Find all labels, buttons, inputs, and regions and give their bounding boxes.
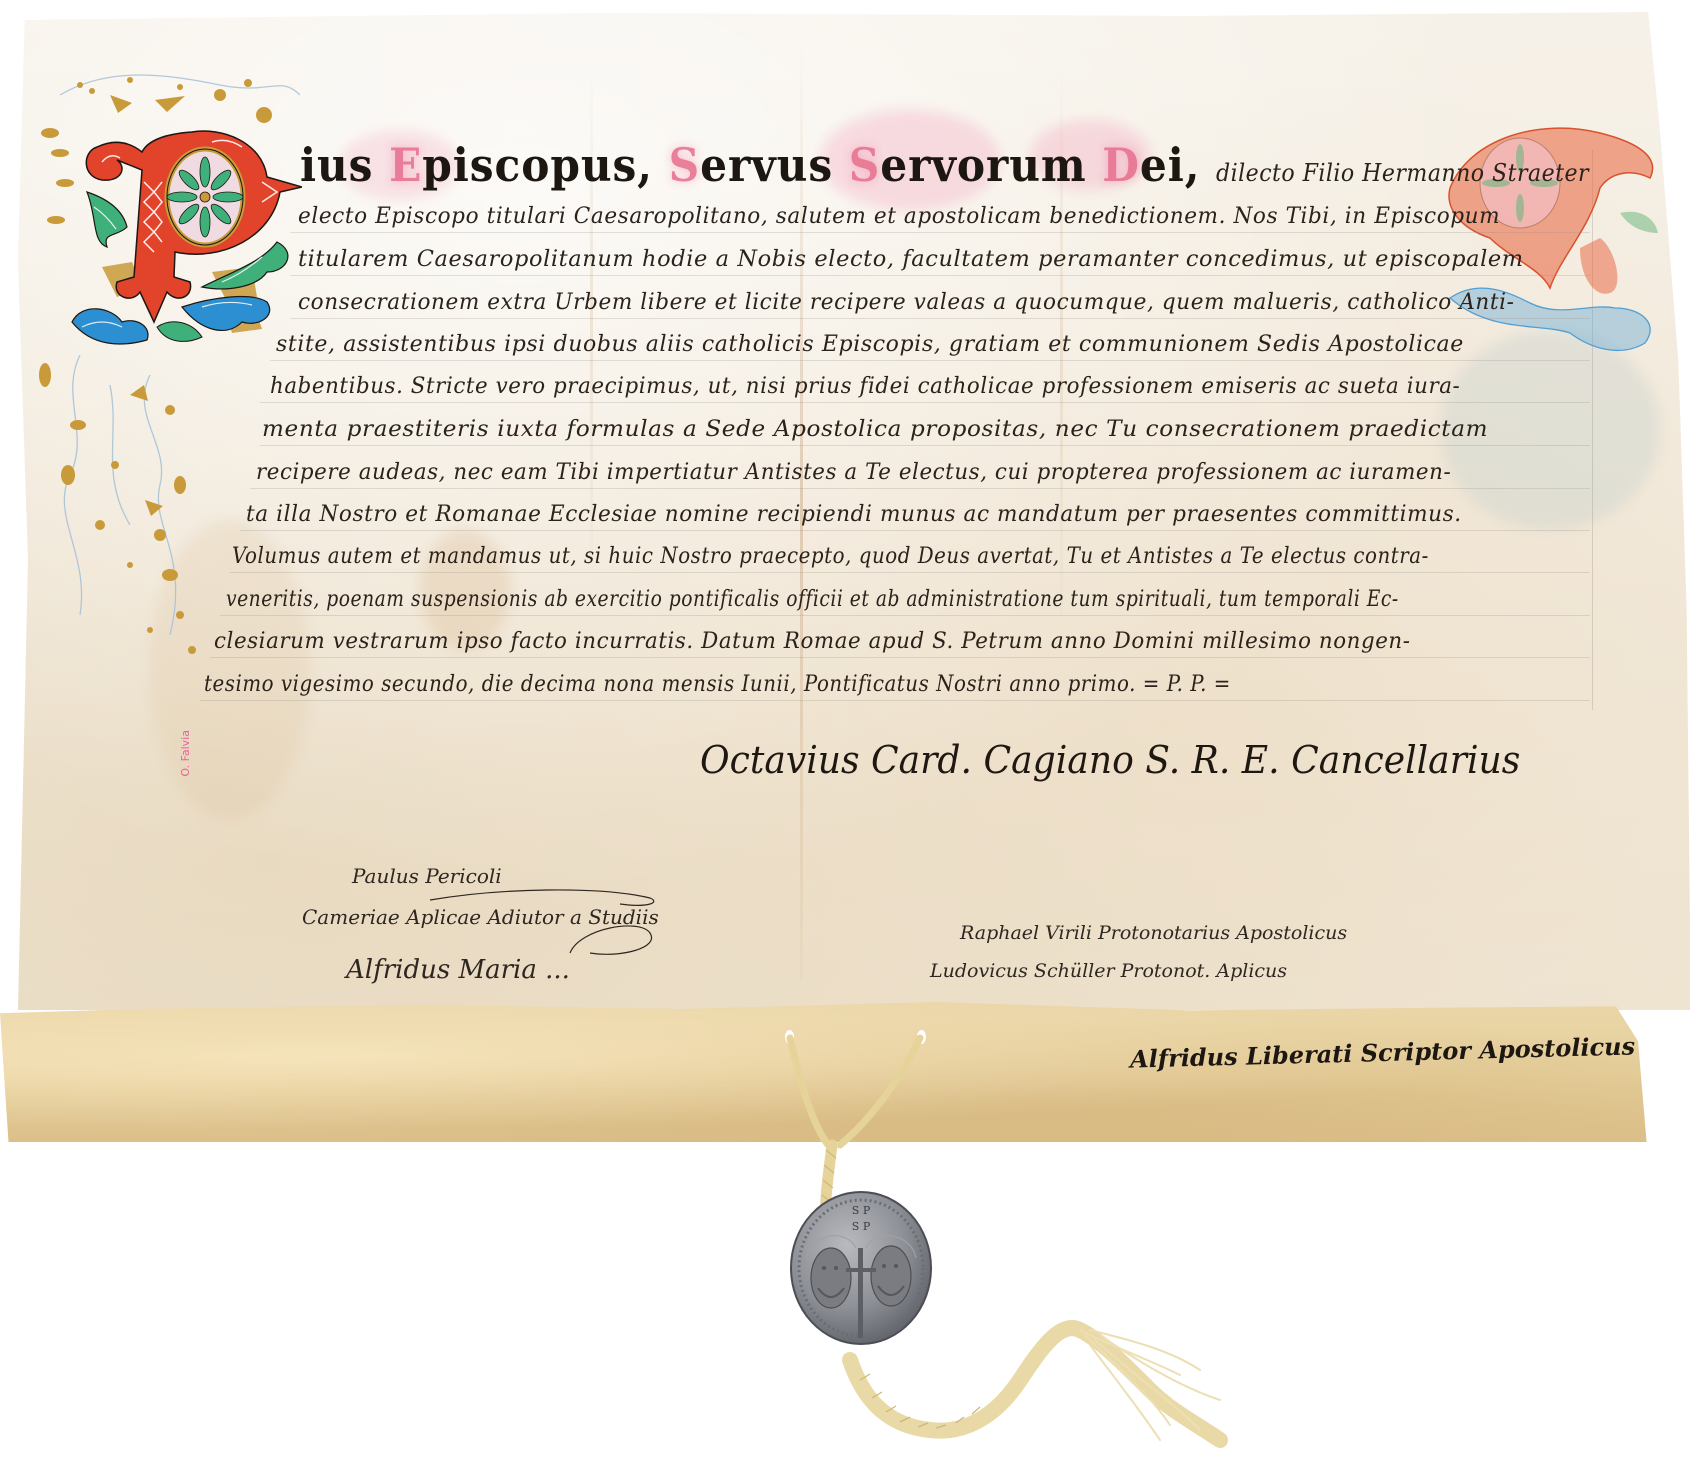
body-line: menta praestiteris iuxta formulas a Sede… (262, 417, 1488, 442)
chancellor-signature: Octavius Card. Cagiano S. R. E. Cancella… (700, 738, 1520, 782)
body-line: habentibus. Stricte vero praecipimus, ut… (270, 374, 1460, 399)
body-line: tesimo vigesimo secundo, die decima nona… (204, 672, 1231, 697)
signature-ludovicus-schuller: Ludovicus Schüller Protonot. Aplicus (930, 960, 1287, 982)
body-line: Volumus autem et mandamus ut, si huic No… (232, 544, 1429, 569)
ruling-line (210, 657, 1590, 658)
body-line: stite, assistentibus ipsi duobus aliis c… (276, 332, 1464, 357)
bull-heading: ius Episcopus, Servus Servorum Dei, dile… (300, 138, 1589, 192)
margin-note: O. Falvia (179, 730, 192, 777)
seal-inscription-top: S P (852, 1204, 871, 1217)
body-line: veneritis, poenam suspensionis ab exerci… (226, 587, 1399, 612)
body-line: titularem Caesaropolitanum hodie a Nobis… (298, 247, 1524, 272)
lead-seal: S P S P (786, 1188, 936, 1348)
seal-inscription-bottom: S P (852, 1220, 871, 1233)
ruling-line (230, 572, 1590, 573)
heading-word-servus: Servus (669, 138, 834, 192)
ruling-line (290, 275, 1590, 276)
body-line: clesiarum vestrarum ipso facto incurrati… (214, 629, 1411, 654)
ruling-line (250, 488, 1590, 489)
ruling-line (290, 232, 1590, 233)
heading-word-episcopus: Episcopus, (389, 138, 653, 192)
heading-word-pius: ius (300, 138, 373, 192)
ruling-line (260, 402, 1590, 403)
body-line: ta illa Nostro et Romanae Ecclesiae nomi… (246, 502, 1462, 527)
signature-raphael-virili: Raphael Virili Protonotarius Apostolicus (960, 922, 1347, 944)
heading-word-servorum: Servorum (849, 138, 1087, 192)
ruling-line (270, 360, 1590, 361)
illuminated-initial-p (62, 122, 302, 347)
ruling-line (260, 445, 1590, 446)
ruling-line (240, 530, 1590, 531)
signature-flourish (420, 858, 740, 978)
heading-word-dei: Dei, (1102, 138, 1200, 192)
addressee: dilecto Filio Hermanno Straeter (1216, 159, 1589, 187)
ruling-line (290, 318, 1590, 319)
body-line: recipere audeas, nec eam Tibi impertiatu… (256, 460, 1451, 485)
ruling-line (200, 700, 1590, 701)
body-line: electo Episcopo titulari Caesaropolitano… (298, 204, 1500, 229)
body-line: consecrationem extra Urbem libere et lic… (298, 290, 1514, 315)
ruling-line (220, 615, 1590, 616)
